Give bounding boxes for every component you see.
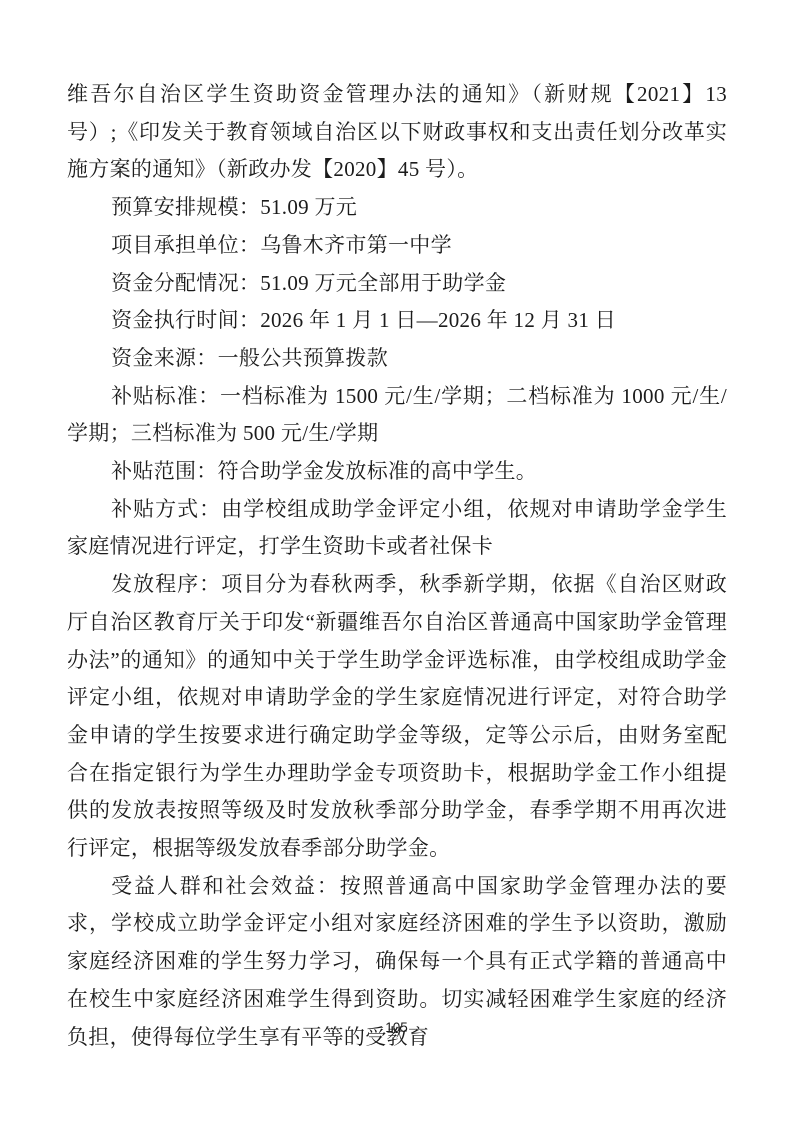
paragraph: 补贴标准：一档标准为 1500 元/生/学期；二档标准为 1000 元/生/学期… <box>67 378 727 453</box>
paragraph: 项目承担单位：乌鲁木齐市第一中学 <box>67 227 727 265</box>
paragraph: 预算安排规模：51.09 万元 <box>67 189 727 227</box>
paragraph: 资金执行时间：2026 年 1 月 1 日—2026 年 12 月 31 日 <box>67 302 727 340</box>
paragraph: 资金来源：一般公共预算拨款 <box>67 340 727 378</box>
page-number: 105 <box>0 1018 793 1038</box>
paragraph: 资金分配情况：51.09 万元全部用于助学金 <box>67 265 727 303</box>
paragraph: 补贴方式：由学校组成助学金评定小组，依规对申请助学金学生家庭情况进行评定，打学生… <box>67 491 727 566</box>
paragraph: 补贴范围：符合助学金发放标准的高中学生。 <box>67 453 727 491</box>
paragraph: 维吾尔自治区学生资助资金管理办法的通知》（新财规【2021】13 号）;《印发关… <box>67 76 727 189</box>
document-page: 维吾尔自治区学生资助资金管理办法的通知》（新财规【2021】13 号）;《印发关… <box>0 0 793 1122</box>
document-body: 维吾尔自治区学生资助资金管理办法的通知》（新财规【2021】13 号）;《印发关… <box>67 76 727 1056</box>
paragraph: 发放程序：项目分为春秋两季，秋季新学期，依据《自治区财政厅自治区教育厅关于印发“… <box>67 566 727 868</box>
